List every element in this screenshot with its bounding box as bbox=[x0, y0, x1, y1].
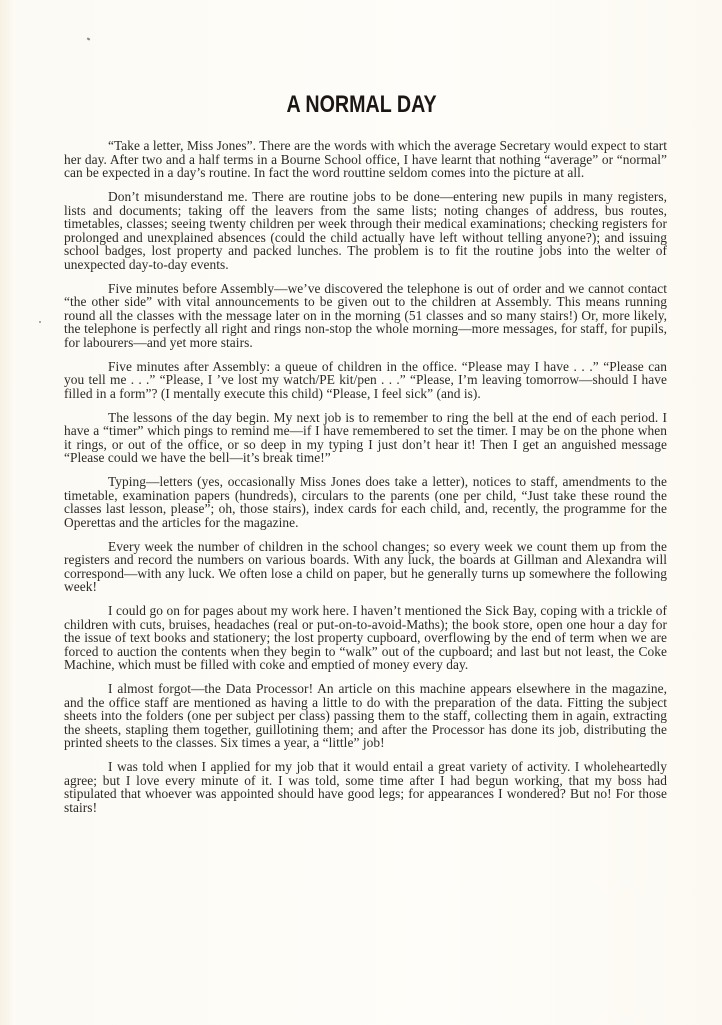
paper-speck bbox=[39, 321, 41, 323]
paragraph: Five minutes before Assembly—we’ve disco… bbox=[64, 282, 667, 350]
paper-speck bbox=[87, 37, 91, 40]
paragraph: Typing—letters (yes, occasionally Miss J… bbox=[64, 475, 667, 529]
article-title: A NORMAL DAY bbox=[66, 91, 658, 119]
paragraph: Five minutes after Assembly: a queue of … bbox=[64, 360, 667, 401]
paragraph: Every week the number of children in the… bbox=[64, 540, 667, 594]
paragraph: The lessons of the day begin. My next jo… bbox=[64, 411, 667, 465]
article-body: “Take a letter, Miss Jones”. There are t… bbox=[64, 139, 667, 825]
paragraph: Don’t misunderstand me. There are routin… bbox=[64, 190, 667, 271]
paragraph: “Take a letter, Miss Jones”. There are t… bbox=[64, 139, 667, 180]
paragraph: I almost forgot—the Data Processor! An a… bbox=[64, 682, 667, 750]
document-page: A NORMAL DAY “Take a letter, Miss Jones”… bbox=[0, 0, 722, 1025]
paragraph: I was told when I applied for my job tha… bbox=[64, 760, 667, 814]
paragraph: I could go on for pages about my work he… bbox=[64, 604, 667, 672]
